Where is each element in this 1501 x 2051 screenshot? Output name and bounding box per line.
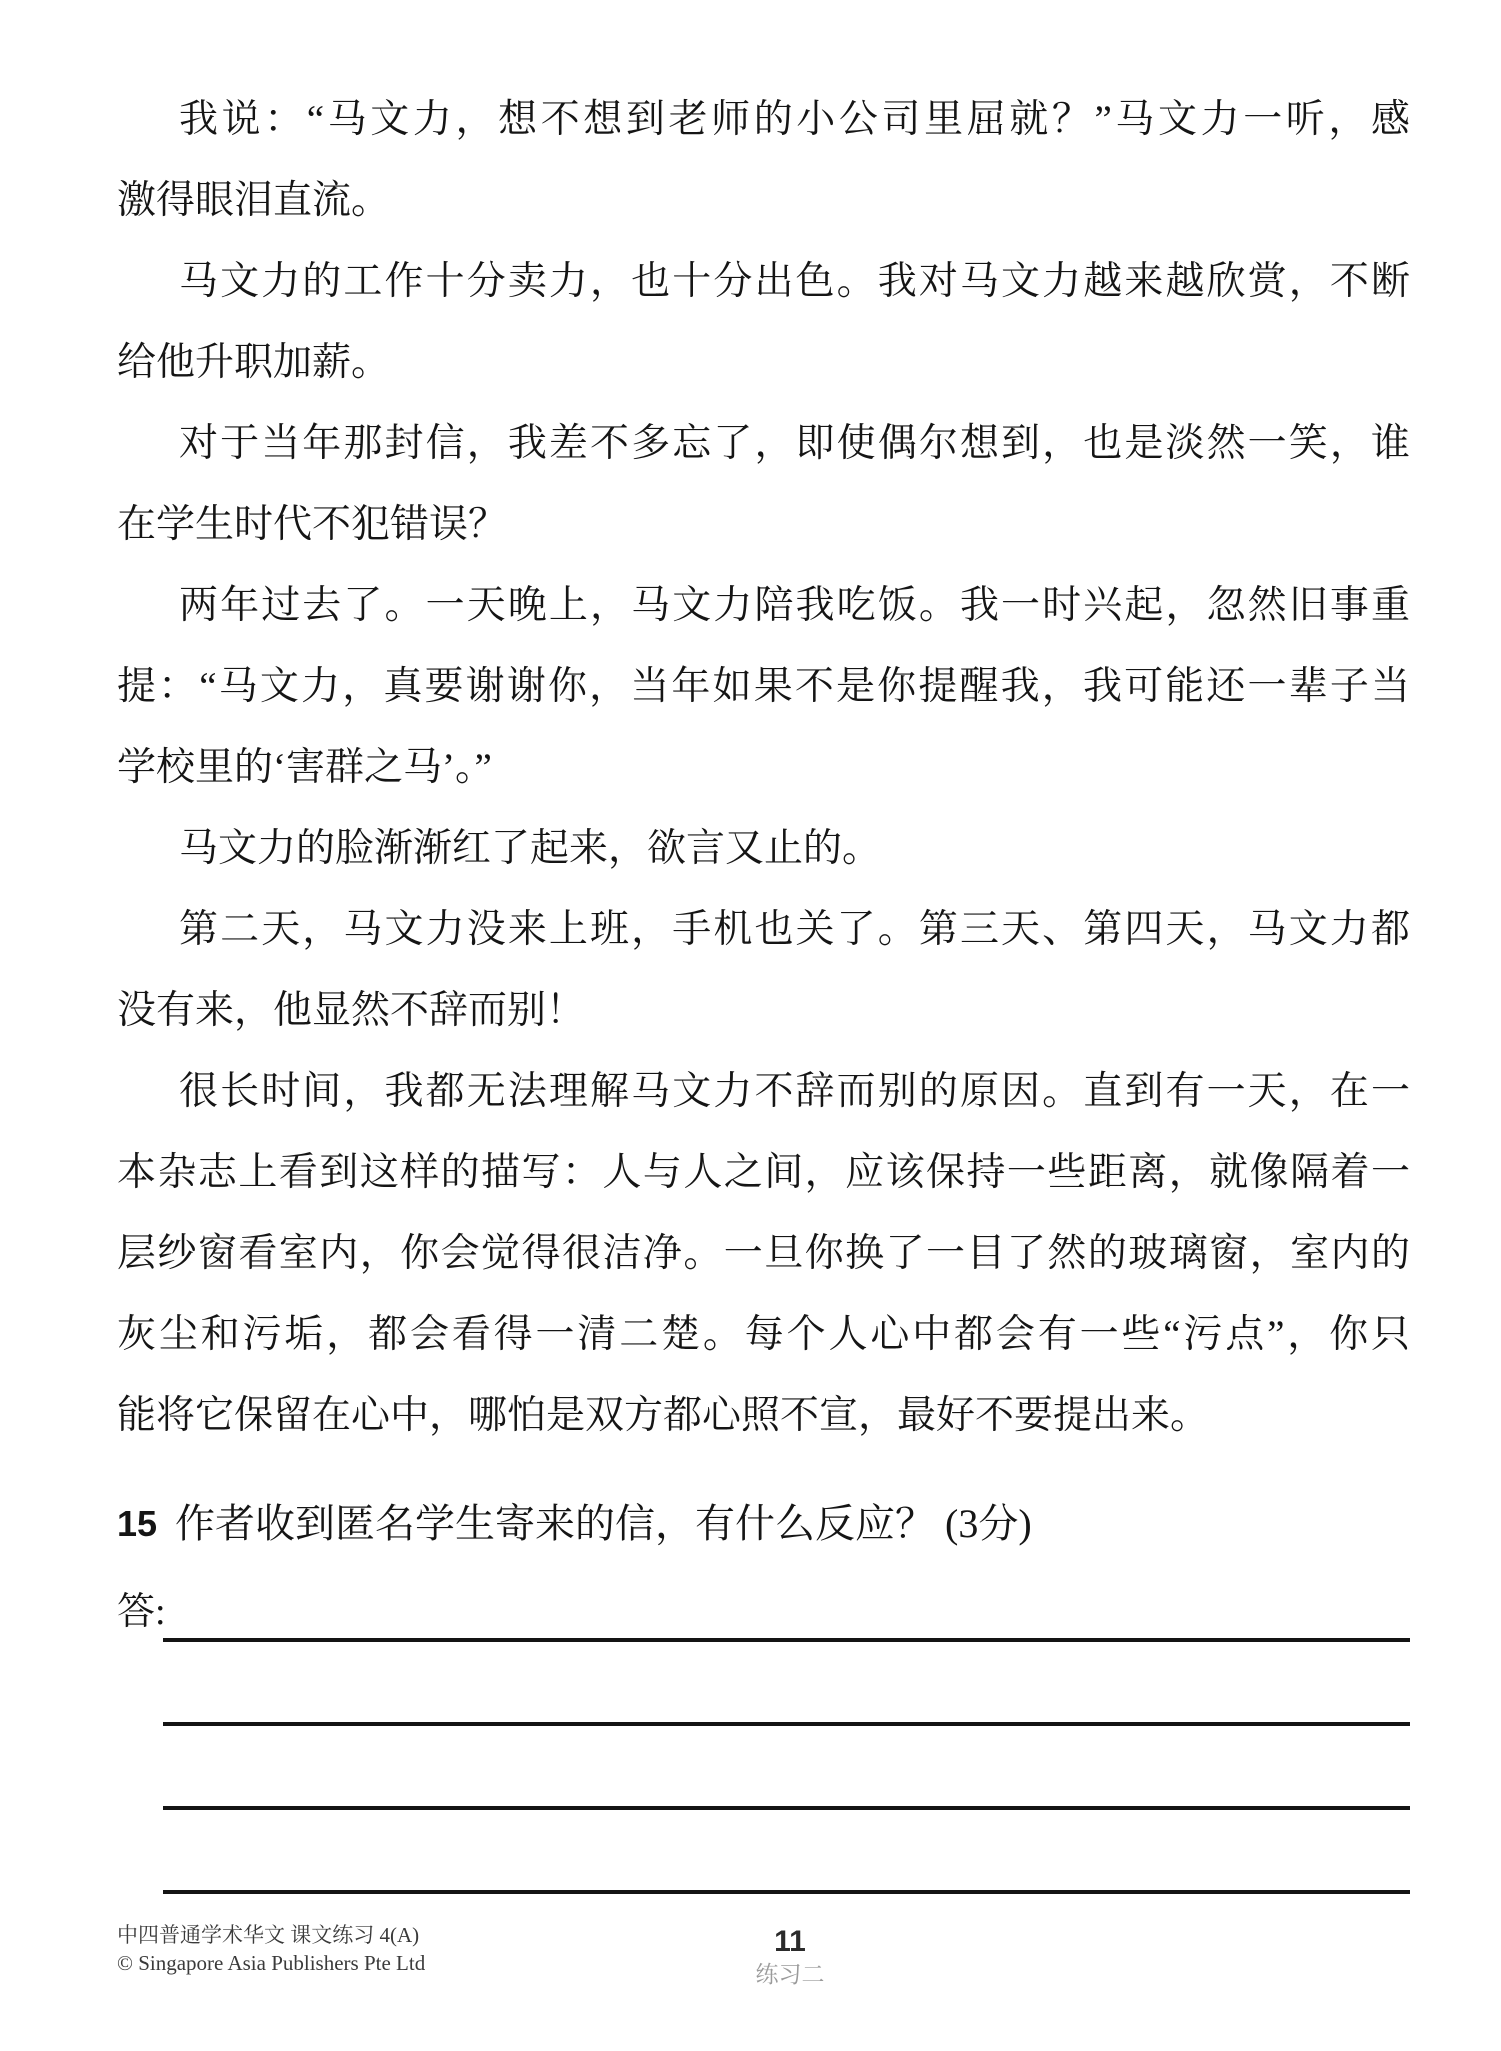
question-15: 15 作者收到匿名学生寄来的信，有什么反应？(3分) [117,1496,1410,1552]
passage-line: 第二天，马文力没来上班，手机也关了。第三天、第四天，马文力都 [117,889,1410,970]
footer-page-number: 11 [710,1926,870,1958]
passage-line: 对于当年那封信，我差不多忘了，即使偶尔想到，也是淡然一笑，谁 [117,403,1410,484]
question-number: 15 [117,1496,157,1552]
passage-line: 层纱窗看室内，你会觉得很洁净。一旦你换了一目了然的玻璃窗，室内的 [117,1213,1410,1294]
answer-line [163,1726,1410,1810]
passage-line: 马文力的工作十分卖力，也十分出色。我对马文力越来越欣赏，不断 [117,241,1410,322]
answer-lines [117,1558,1410,1894]
worksheet-page: 我说：“马文力，想不想到老师的小公司里屈就？”马文力一听，感激得眼泪直流。马文力… [0,0,1501,2051]
passage-line: 在学生时代不犯错误？ [117,484,1410,565]
passage-line: 没有来，他显然不辞而别！ [117,970,1410,1051]
passage-line: 灰尘和污垢，都会看得一清二楚。每个人心中都会有一些“污点”，你只 [117,1294,1410,1375]
question-marks: (3分) [945,1501,1032,1546]
footer-book-title: 中四普通学术华文 课文练习 4(A) [117,1921,425,1949]
passage-line: 两年过去了。一天晚上，马文力陪我吃饭。我一时兴起，忽然旧事重 [117,565,1410,646]
passage-line: 提：“马文力，真要谢谢你，当年如果不是你提醒我，我可能还一辈子当 [117,646,1410,727]
answer-line [163,1558,1410,1642]
passage-line: 很长时间，我都无法理解马文力不辞而别的原因。直到有一天，在一 [117,1051,1410,1132]
answer-label: 答: [117,1588,166,1636]
question-text-body: 作者收到匿名学生寄来的信，有什么反应？ [175,1501,935,1546]
answer-line [163,1642,1410,1726]
footer-copyright: © Singapore Asia Publishers Pte Ltd [117,1949,425,1977]
answer-section: 答: [117,1558,1410,1894]
passage-line: 马文力的脸渐渐红了起来，欲言又止的。 [117,808,1410,889]
answer-line [163,1810,1410,1894]
passage: 我说：“马文力，想不想到老师的小公司里屈就？”马文力一听，感激得眼泪直流。马文力… [117,79,1410,1456]
footer-center: 11 练习二 [710,1926,870,1989]
passage-line: 激得眼泪直流。 [117,160,1410,241]
passage-line: 能将它保留在心中，哪怕是双方都心照不宣，最好不要提出来。 [117,1375,1410,1456]
footer-left: 中四普通学术华文 课文练习 4(A) © Singapore Asia Publ… [117,1921,425,1977]
passage-line: 本杂志上看到这样的描写：人与人之间，应该保持一些距离，就像隔着一 [117,1132,1410,1213]
passage-line: 给他升职加薪。 [117,322,1410,403]
question-text: 作者收到匿名学生寄来的信，有什么反应？(3分) [175,1496,1032,1552]
footer-section-label: 练习二 [710,1961,870,1989]
passage-line: 学校里的‘害群之马’。” [117,727,1410,808]
passage-line: 我说：“马文力，想不想到老师的小公司里屈就？”马文力一听，感 [117,79,1410,160]
